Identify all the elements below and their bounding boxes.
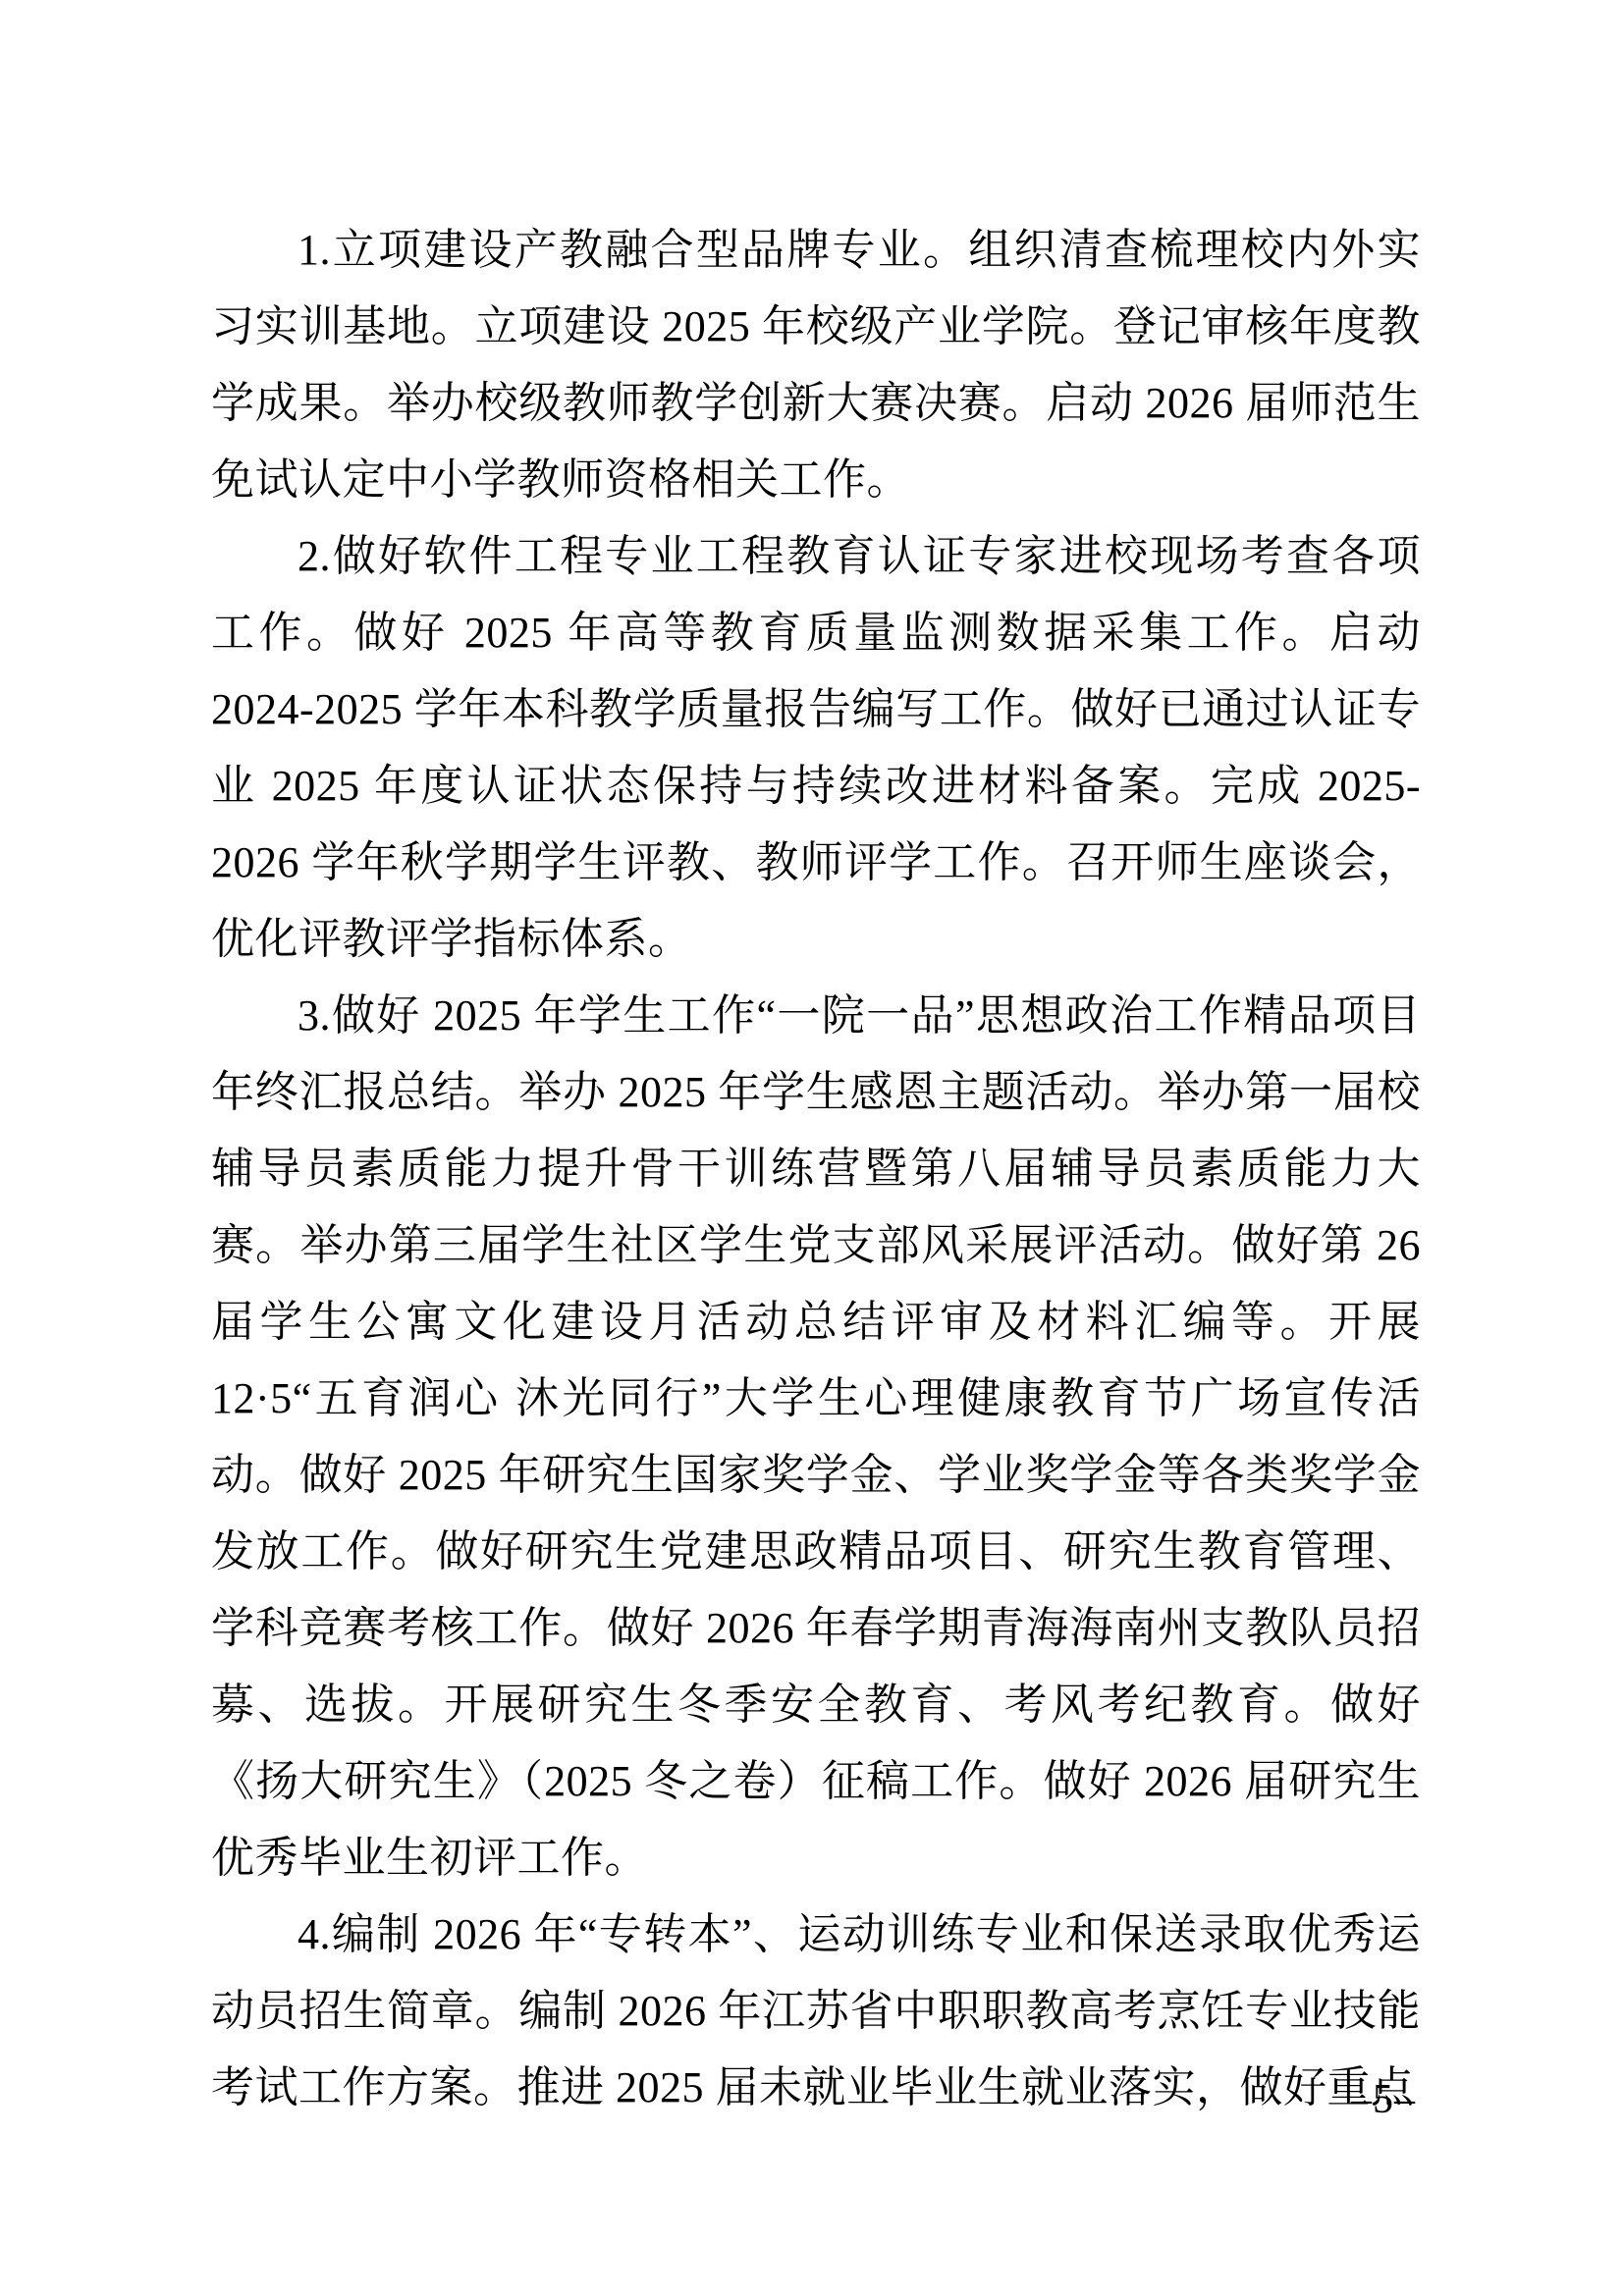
document-body: 1.立项建设产教融合型品牌专业。组织清查梳理校内外实习实训基地。立项建设 202… [211, 212, 1421, 2126]
paragraph-3: 3.做好 2025 年学生工作“一院一品”思想政治工作精品项目年终汇报总结。举办… [211, 978, 1421, 1896]
paragraph-1: 1.立项建设产教融合型品牌专业。组织清查梳理校内外实习实训基地。立项建设 202… [211, 212, 1421, 518]
paragraph-2: 2.做好软件工程专业工程教育认证专家进校现场考查各项工作。做好 2025 年高等… [211, 518, 1421, 978]
document-page: 1.立项建设产教融合型品牌专业。组织清查梳理校内外实习实训基地。立项建设 202… [0, 0, 1624, 2296]
paragraph-4: 4.编制 2026 年“专转本”、运动训练专业和保送录取优秀运动员招生简章。编制… [211, 1896, 1421, 2126]
page-number: –5– [1351, 2079, 1416, 2120]
